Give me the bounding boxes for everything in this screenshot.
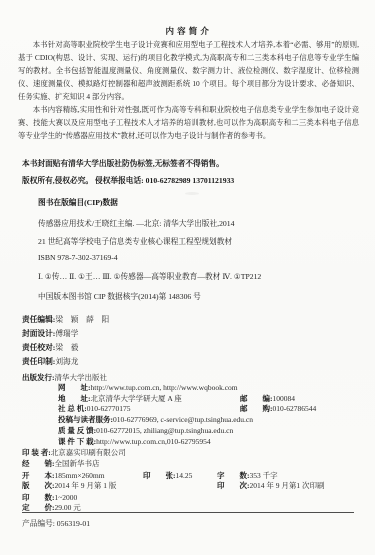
credit-value: 傅瑞学: [55, 329, 78, 338]
anti-counterfeit-notice: 本书封面贴有清华大学出版社防伪标签,无标签者不得销售。: [22, 156, 361, 173]
cip-classification: Ⅰ. ①传… Ⅱ. ①王… Ⅲ. ①传感器—高等职业教育—教材 Ⅳ. ①TP21…: [38, 271, 365, 282]
credit-label: 责任印制:: [22, 357, 55, 366]
content-summary-title: 内 容 简 介: [0, 25, 375, 37]
pub-value: 185mm×260mm: [55, 471, 105, 480]
book-copyright-page: 内 容 简 介 本书针对高等职业院校学生电子设计竞赛和应用型电子工程技术人才培养…: [0, 0, 375, 555]
cip-isbn: ISBN 978-7-302-37169-4: [38, 253, 365, 262]
credit-row-proofreader: 责任校对:梁 毅: [22, 341, 109, 355]
pub-value: 2014 年 9 月第1 次印刷: [250, 481, 325, 490]
edition-row: 版 次:2014 年 9 月第 1 版印 次:2014 年 9 月第1 次印刷: [22, 480, 361, 491]
impression-pair: 印 次:2014 年 9 月第1 次印刷: [217, 480, 325, 491]
pub-label: 社 总 机:: [58, 404, 87, 413]
credit-value: 梁 颖 薛 阳: [55, 315, 109, 324]
cip-title-line: 传感器应用技术/王晓红主编. —北京: 清华大学出版社,2014: [38, 218, 365, 229]
pub-label: 投稿与读者服务:: [58, 415, 113, 424]
pub-label: 课 件 下 载:: [58, 437, 96, 446]
download-url: http://www.tup.com.cn,010-62795954: [96, 437, 211, 446]
cip-record-number: 中国版本图书馆 CIP 数据核字(2014)第 148306 号: [38, 291, 365, 302]
cip-heading: 图书在版编目(CIP)数据: [38, 197, 365, 208]
pub-value: 353 千字: [250, 471, 278, 480]
scan-artifact: [120, 167, 160, 170]
pub-label: 版 次:: [22, 481, 55, 490]
summary-paragraph-1: 本书针对高等职业院校学生电子设计竞赛和应用型电子工程技术人才培养,本着“必需、够…: [18, 38, 359, 103]
pub-value: 010-62770175: [87, 404, 131, 413]
credit-row-cover-design: 封面设计:傅瑞学: [22, 327, 109, 341]
pub-label: 邮 购:: [240, 404, 273, 413]
pub-value: 14.25: [176, 471, 193, 480]
credit-value: 刘海龙: [55, 357, 78, 366]
website-url: http://www.tup.com.cn, http://www.wqbook…: [91, 383, 238, 392]
pub-value: 北京嘉实印刷有限公司: [51, 448, 126, 457]
credit-label: 责任校对:: [22, 343, 55, 352]
feedback-contact: 010-62772015, zhiliang@tup.tsinghua.edu.…: [96, 426, 233, 435]
rights-reserved-notice: 版权所有,侵权必究。 侵权举报电话: 010-62782989 13701121…: [22, 173, 361, 190]
staff-credits: 责任编辑:梁 颖 薛 阳 封面设计:傅瑞学 责任校对:梁 毅 责任印制:刘海龙: [22, 313, 109, 369]
pub-label: 印 数:: [22, 493, 55, 502]
reader-service-row: 投稿与读者服务:010-62776969, c-service@tup.tsin…: [22, 414, 361, 425]
pub-label: 印 次:: [217, 481, 250, 490]
pub-label: 开 本:: [22, 471, 55, 480]
pub-value: 1~2000: [55, 493, 78, 502]
pub-value: 北京清华大学学研大厦 A 座: [91, 394, 182, 403]
pub-label: 印 张:: [143, 471, 176, 480]
printer-row: 印 装 者:北京嘉实印刷有限公司: [22, 447, 361, 458]
pub-value: 全国新华书店: [55, 459, 100, 468]
mail-order-pair: 邮 购:010-62786544: [240, 403, 316, 414]
pub-label: 字 数:: [217, 471, 250, 480]
pub-value: 100084: [273, 394, 296, 403]
cip-series-line: 21 世纪高等学校电子信息类专业核心课程工程型规划教材: [38, 236, 365, 247]
pub-label: 定 价:: [22, 503, 55, 512]
price-value: 29.00 元: [55, 503, 81, 512]
content-summary: 本书针对高等职业院校学生电子设计竞赛和应用型电子工程技术人才培养,本着“必需、够…: [18, 38, 359, 142]
cip-data-block: 图书在版编目(CIP)数据 传感器应用技术/王晓红主编. —北京: 清华大学出版…: [38, 197, 365, 309]
credit-label: 封面设计:: [22, 329, 55, 338]
footer-divider: [22, 512, 354, 513]
copyright-notice-block: 本书封面贴有清华大学出版社防伪标签,无标签者不得销售。 版权所有,侵权必究。 侵…: [22, 156, 361, 189]
credit-row-printing: 责任印制:刘海龙: [22, 355, 109, 369]
product-number: 产品编号: 056319-01: [22, 518, 90, 529]
distributor-row: 经 销:全国新华书店: [22, 458, 361, 469]
credit-label: 责任编辑:: [22, 315, 55, 324]
summary-paragraph-2: 本书内容精练,实用性和针对性强,既可作为高等专科和职业院校电子信息类专业学生参加…: [18, 103, 359, 142]
website-row: 网 址:http://www.tup.com.cn, http://www.wq…: [22, 382, 361, 393]
quality-feedback-row: 质 量 反 馈:010-62772015, zhiliang@tup.tsing…: [22, 425, 361, 436]
service-contact: 010-62776969, c-service@tup.tsinghua.edu…: [113, 415, 253, 424]
scan-artifact: [185, 192, 199, 195]
pub-label: 网 址:: [58, 383, 91, 392]
switchboard-row: 社 总 机:010-62770175邮 购:010-62786544: [22, 403, 361, 414]
credit-value: 梁 毅: [55, 343, 78, 352]
credit-row-editor: 责任编辑:梁 颖 薛 阳: [22, 313, 109, 327]
pub-label: 印 装 者:: [22, 448, 51, 457]
pub-label: 质 量 反 馈:: [58, 426, 96, 435]
pub-label: 邮 编:: [240, 394, 273, 403]
pub-value: 2014 年 9 月第 1 版: [55, 481, 117, 490]
courseware-download-row: 课 件 下 载:http://www.tup.com.cn,010-627959…: [22, 436, 361, 447]
pub-label: 地 址:: [58, 394, 91, 403]
pub-value: 010-62786544: [273, 404, 317, 413]
pub-label: 出版发行:: [22, 373, 55, 382]
pub-value: 清华大学出版社: [55, 373, 108, 382]
pub-label: 经 销:: [22, 459, 55, 468]
